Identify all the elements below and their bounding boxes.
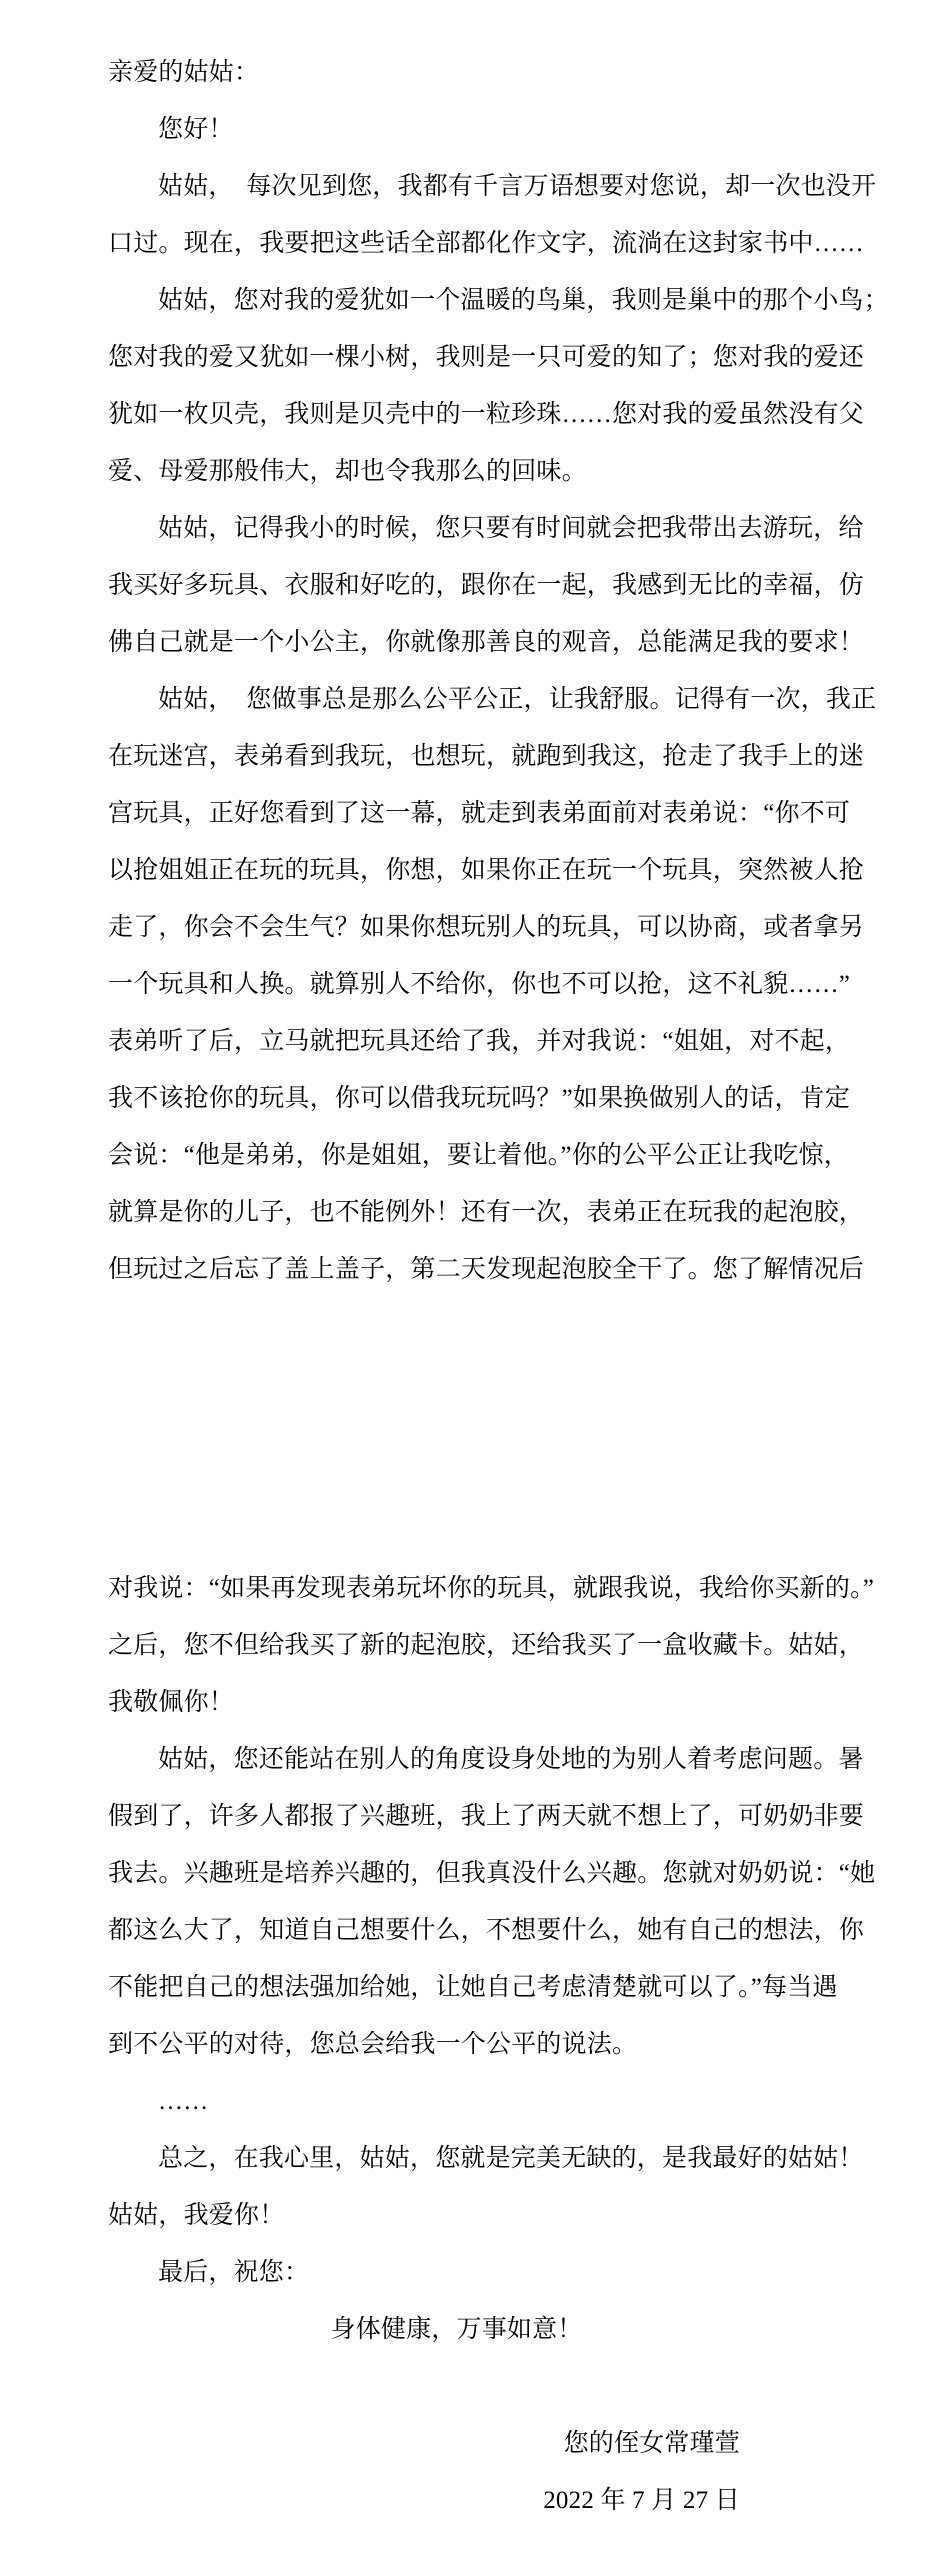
body-line: 之后，您不但给我买了新的起泡胶，还给我买了一盒收藏卡。姑姑，: [108, 1617, 862, 1674]
body-line: 走了，你会不会生气？如果你想玩别人的玩具，可以协商，或者拿另: [108, 899, 862, 956]
body-line: 会说：“他是弟弟，你是姐姐，要让着他。”你的公平公正让我吃惊，: [108, 1127, 862, 1184]
body-line: 我去。兴趣班是培养兴趣的，但我真没什么兴趣。您就对奶奶说：“她: [108, 1845, 862, 1902]
body-line: 您对我的爱又犹如一棵小树，我则是一只可爱的知了；您对我的爱还: [108, 329, 862, 386]
body-line: 我不该抢你的玩具，你可以借我玩玩吗？”如果换做别人的话，肯定: [108, 1070, 862, 1127]
body-line: 我敬佩你！: [108, 1674, 862, 1731]
letter-document: 亲爱的姑姑：您好！姑姑， 每次见到您，我都有千言万语想要对您说，却一次也没开口过…: [0, 0, 942, 2568]
body-line: 总之，在我心里，姑姑，您就是完美无缺的，是我最好的姑姑！: [108, 2130, 862, 2187]
letter-body: 亲爱的姑姑：您好！姑姑， 每次见到您，我都有千言万语想要对您说，却一次也没开口过…: [0, 0, 942, 2529]
body-line: 都这么大了，知道自己想要什么，不想要什么，她有自己的想法，你: [108, 1902, 862, 1959]
body-line: 以抢姐姐正在玩的玩具，你想，如果你正在玩一个玩具，突然被人抢: [108, 842, 862, 899]
body-line: 姑姑， 每次见到您，我都有千言万语想要对您说，却一次也没开: [108, 158, 862, 215]
body-line: 但玩过之后忘了盖上盖子，第二天发现起泡胶全干了。您了解情况后: [108, 1241, 862, 1298]
page-block-1: 亲爱的姑姑：您好！姑姑， 每次见到您，我都有千言万语想要对您说，却一次也没开口过…: [108, 44, 862, 1298]
body-line: 犹如一枚贝壳，我则是贝壳中的一粒珍珠……您对我的爱虽然没有父: [108, 386, 862, 443]
body-line: 姑姑，您对我的爱犹如一个温暖的鸟巢，我则是巢中的那个小鸟；: [108, 272, 862, 329]
body-line: 就算是你的儿子，也不能例外！还有一次，表弟正在玩我的起泡胶，: [108, 1184, 862, 1241]
body-line: 口过。现在，我要把这些话全部都化作文字，流淌在这封家书中……: [108, 215, 862, 272]
body-line: 不能把自己的想法强加给她，让她自己考虑清楚就可以了。”每当遇: [108, 1959, 862, 2016]
page-break-gap: [108, 1298, 862, 1560]
body-line: 姑姑，我爱你！: [108, 2187, 862, 2244]
body-line: 到不公平的对待，您总会给我一个公平的说法。: [108, 2016, 862, 2073]
body-line: 假到了，许多人都报了兴趣班，我上了两天就不想上了，可奶奶非要: [108, 1788, 862, 1845]
body-line: 在玩迷宫，表弟看到我玩，也想玩，就跑到我这，抢走了我手上的迷: [108, 728, 862, 785]
body-line: 佛自己就是一个小公主，你就像那善良的观音，总能满足我的要求！: [108, 614, 862, 671]
signature-line: 您的侄女常瑾萱: [108, 2415, 862, 2472]
body-line: 姑姑，记得我小的时候，您只要有时间就会把我带出去游玩，给: [108, 500, 862, 557]
page-block-2: 对我说：“如果再发现表弟玩坏你的玩具，就跟我说，我给你买新的。”之后，您不但给我…: [108, 1560, 862, 2529]
salutation-line: 亲爱的姑姑：: [108, 44, 862, 101]
wish-line: 身体健康，万事如意！: [108, 2301, 862, 2358]
body-line: 表弟听了后，立马就把玩具还给了我，并对我说：“姐姐，对不起，: [108, 1013, 862, 1070]
blank-line: [108, 2358, 862, 2415]
date-line: 2022 年 7 月 27 日: [108, 2472, 862, 2529]
greeting-line: 您好！: [108, 101, 862, 158]
ellipsis-line: ……: [108, 2073, 862, 2130]
body-line: 对我说：“如果再发现表弟玩坏你的玩具，就跟我说，我给你买新的。”: [108, 1560, 862, 1617]
body-line: 爱、母爱那般伟大，却也令我那么的回味。: [108, 443, 862, 500]
body-line: 姑姑， 您做事总是那么公平公正，让我舒服。记得有一次，我正: [108, 671, 862, 728]
closing-line: 最后，祝您：: [108, 2244, 862, 2301]
body-line: 宫玩具，正好您看到了这一幕，就走到表弟面前对表弟说：“你不可: [108, 785, 862, 842]
body-line: 我买好多玩具、衣服和好吃的，跟你在一起，我感到无比的幸福，仿: [108, 557, 862, 614]
body-line: 姑姑，您还能站在别人的角度设身处地的为别人着考虑问题。暑: [108, 1731, 862, 1788]
body-line: 一个玩具和人换。就算别人不给你，你也不可以抢，这不礼貌……”: [108, 956, 862, 1013]
